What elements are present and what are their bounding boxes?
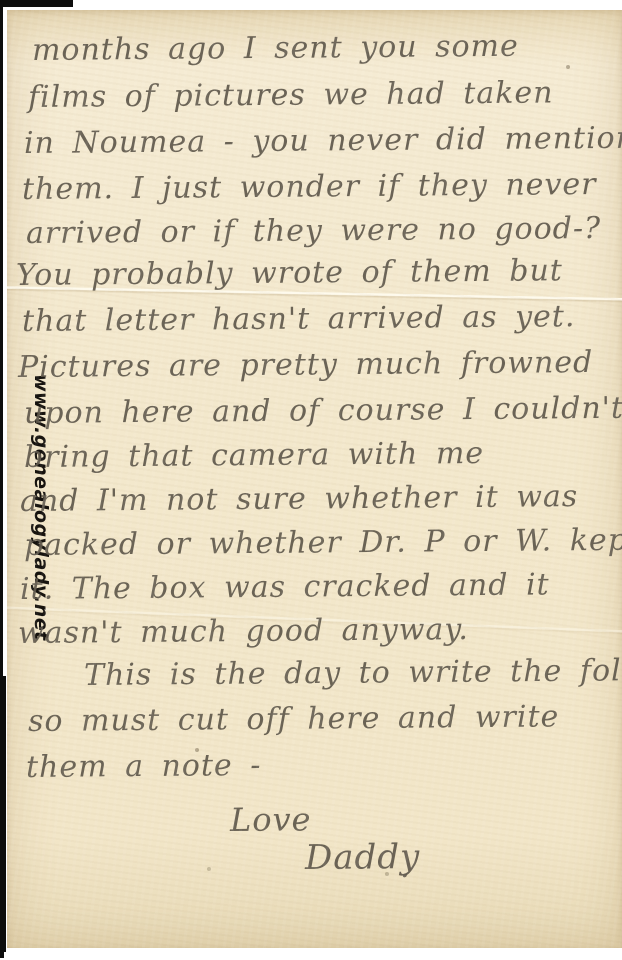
signature-period: .: [400, 850, 411, 885]
letter-line-2: films of pictures we had taken: [28, 75, 554, 115]
scanned-letter: www.genealogylady.net months ago I sent …: [0, 0, 622, 960]
letter-line-14: wasn't much good anyway.: [18, 612, 469, 651]
letter-line-6: You probably wrote of them but: [16, 253, 563, 293]
paper-specks: [7, 10, 9, 12]
letter-line-1: months ago I sent you some: [32, 29, 519, 68]
letter-line-11: and I'm not sure whether it was: [20, 479, 579, 519]
letter-line-15: This is the day to write the folks: [84, 653, 622, 693]
letter-line-10: bring that camera with me: [24, 436, 484, 475]
letter-line-13: it. The box was cracked and it: [20, 567, 550, 607]
letter-line-5: arrived or if they were no good-?: [26, 211, 601, 251]
letter-line-3: in Noumea - you never did mention: [24, 121, 622, 161]
letter-line-16: so must cut off here and write: [28, 699, 560, 739]
letter-line-9: upon here and of course I couldn't: [24, 391, 622, 431]
scan-edge-artifact-top-left: [0, 0, 73, 7]
letter-line-4: them. I just wonder if they never: [22, 167, 597, 207]
letter-line-7: that letter hasn't arrived as yet.: [22, 299, 576, 339]
letter-line-17: them a note -: [26, 748, 262, 785]
scan-edge-artifact-left-lower: [0, 676, 6, 952]
letter-paper: www.genealogylady.net months ago I sent …: [7, 10, 622, 948]
letter-line-8: Pictures are pretty much frowned: [18, 345, 594, 385]
letter-closing: Love: [230, 800, 312, 839]
scan-edge-artifact-bottom: [0, 952, 4, 958]
letter-line-12: packed or whether Dr. P or W. kept: [24, 523, 622, 563]
